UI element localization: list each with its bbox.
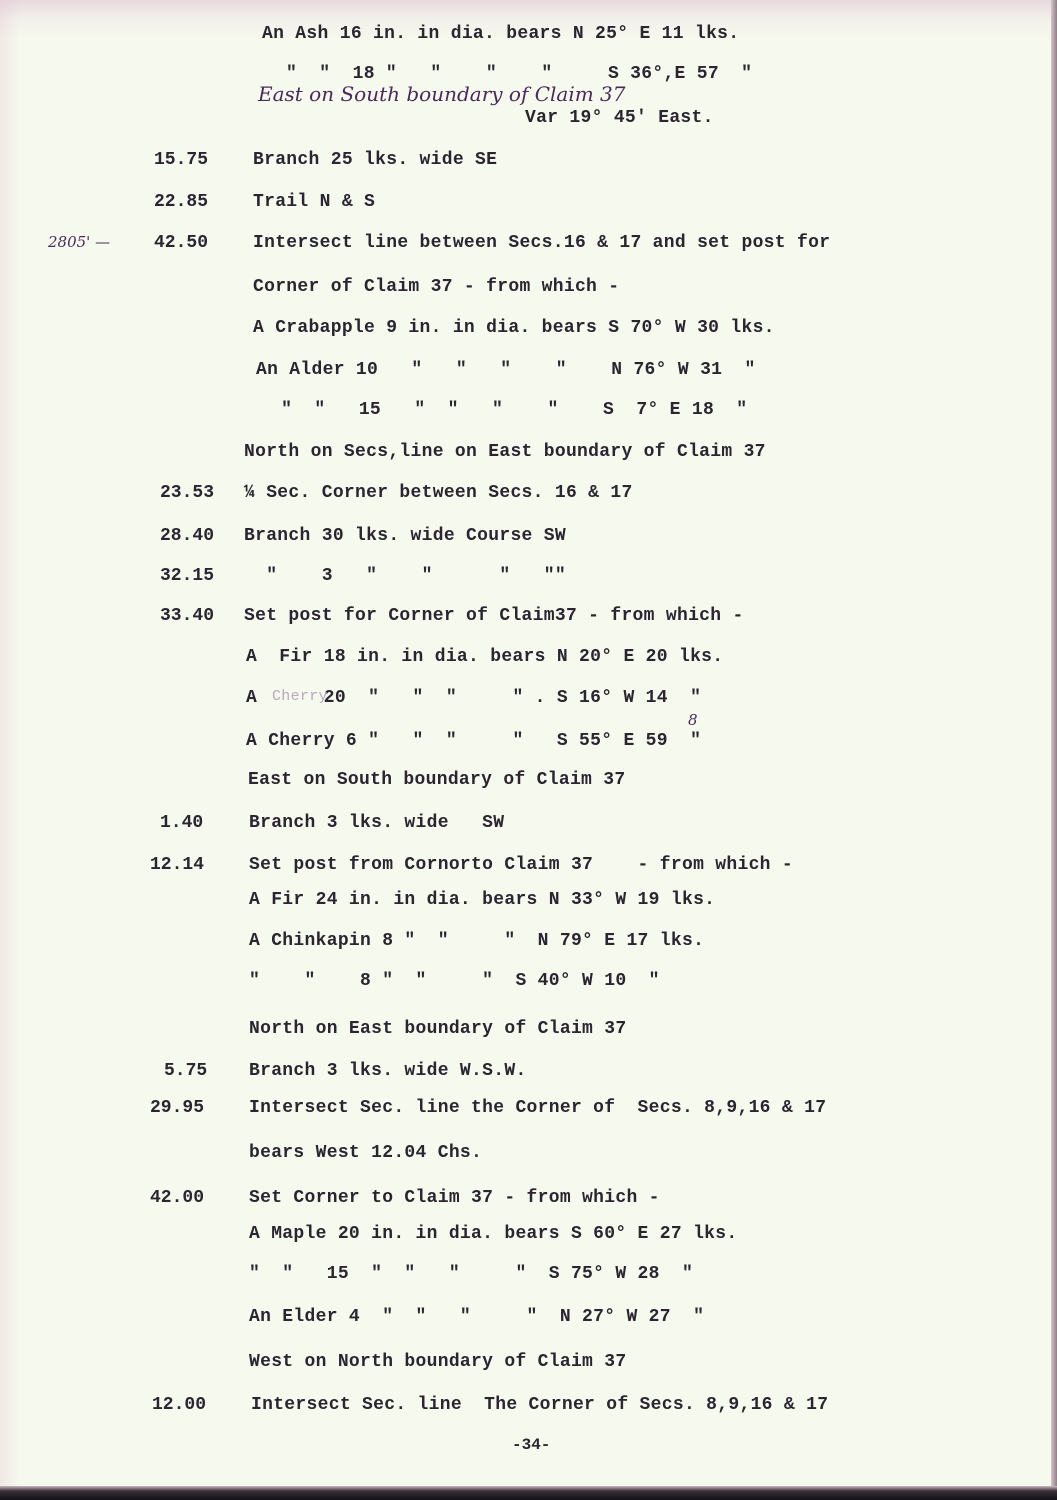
entry-text: ¼ Sec. Corner between Secs. 16 & 17 (244, 483, 633, 503)
entry-text: East on South boundary of Claim 37 (248, 770, 625, 790)
page-edge-shadow (1051, 0, 1057, 1500)
entry-text: A Cherry 6 " " " " S 55° E 59 " (246, 731, 701, 751)
entry-text: Trail N & S (253, 192, 375, 212)
entry-text: Set Corner to Claim 37 - from which - (249, 1188, 660, 1208)
entry-text: A Fir 18 in. in dia. bears N 20° E 20 lk… (246, 647, 723, 667)
entry-text: Set post for Corner of Claim37 - from wh… (244, 606, 744, 626)
entry-distance: 29.95 (150, 1098, 204, 1118)
entry-text: A Maple 20 in. in dia. bears S 60° E 27 … (249, 1224, 737, 1244)
entry-distance: 42.00 (150, 1188, 204, 1208)
entry-distance: 1.40 (160, 813, 203, 833)
entry-text: Branch 3 lks. wide SW (249, 813, 504, 833)
header-line-1: An Ash 16 in. in dia. bears N 25° E 11 l… (262, 24, 739, 44)
entry-text: A Fir 24 in. in dia. bears N 33° W 19 lk… (249, 890, 715, 910)
entry-text: " " 15 " " " " S 75° W 28 " (249, 1264, 693, 1284)
entry-distance: 12.14 (150, 855, 204, 875)
entry-distance: 32.15 (160, 566, 214, 586)
entry-distance: 23.53 (160, 483, 214, 503)
entry-text: Corner of Claim 37 - from which - (253, 277, 619, 297)
struck-word: Cherry (272, 688, 328, 705)
entry-text: " " 15 " " " " S 7° E 18 " (270, 400, 747, 420)
entry-text: Intersect Sec. line The Corner of Secs. … (251, 1395, 828, 1415)
document-page: An Ash 16 in. in dia. bears N 25° E 11 l… (0, 0, 1057, 1500)
entry-text: North on East boundary of Claim 37 (249, 1019, 626, 1039)
entry-text: A Crabapple 9 in. in dia. bears S 70° W … (253, 318, 775, 338)
entry-text: " 3 " " " "" (244, 566, 566, 586)
entry-text: Branch 25 lks. wide SE (253, 150, 497, 170)
scan-bottom-edge (0, 1486, 1057, 1500)
margin-handwritten-note: 2805' — (48, 233, 110, 251)
entry-text: Set post from Cornorto Claim 37 - from w… (249, 855, 793, 875)
header-line-2: " " 18 " " " " S 36°,E 57 " (286, 64, 752, 84)
entry-text: " " 8 " " " S 40° W 10 " (249, 971, 660, 991)
entry-distance: 5.75 (164, 1061, 207, 1081)
entry-distance: 33.40 (160, 606, 214, 626)
handwritten-digit-correction: 8 (688, 711, 698, 729)
entry-text: bears West 12.04 Chs. (249, 1143, 482, 1163)
variation-line: Var 19° 45' East. (525, 108, 714, 128)
entry-text: An Alder 10 " " " " N 76° W 31 " (256, 360, 756, 380)
entry-distance: 15.75 (154, 150, 208, 170)
entry-text: North on Secs,line on East boundary of C… (244, 442, 766, 462)
entry-distance: 28.40 (160, 526, 214, 546)
entry-text: Branch 30 lks. wide Course SW (244, 526, 566, 546)
entry-text: Intersect line between Secs.16 & 17 and … (253, 233, 830, 253)
entry-distance: 22.85 (154, 192, 208, 212)
entry-distance: 12.00 (152, 1395, 206, 1415)
page-number: -34- (512, 1436, 550, 1454)
entry-text: An Elder 4 " " " " N 27° W 27 " (249, 1307, 704, 1327)
entry-text: West on North boundary of Claim 37 (249, 1352, 626, 1372)
handwritten-header-note: East on South boundary of Claim 37 (258, 82, 626, 106)
entry-distance: 42.50 (154, 233, 208, 253)
entry-text: Intersect Sec. line the Corner of Secs. … (249, 1098, 826, 1118)
entry-text: Branch 3 lks. wide W.S.W. (249, 1061, 527, 1081)
entry-text: A Chinkapin 8 " " " N 79° E 17 lks. (249, 931, 704, 951)
